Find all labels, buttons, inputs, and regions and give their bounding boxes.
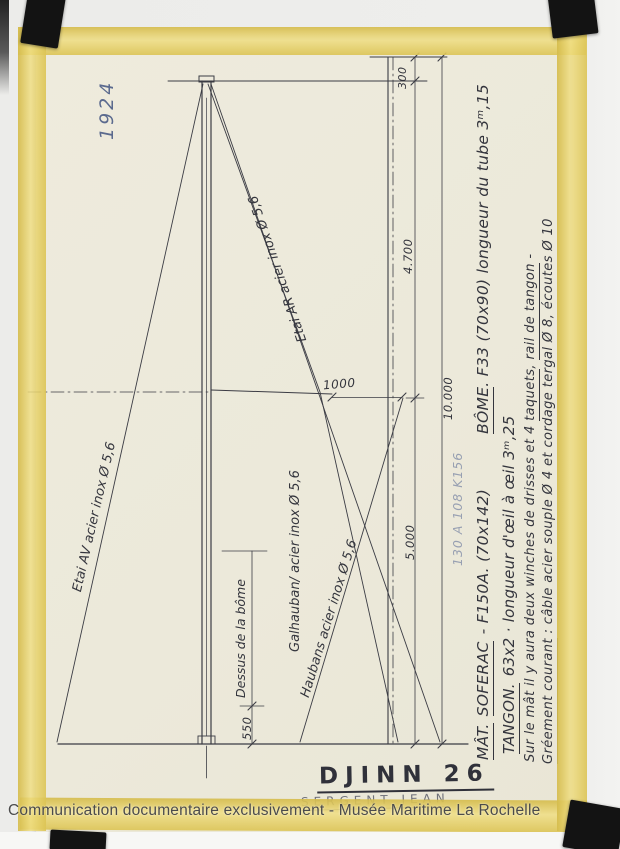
museum-watermark: Communication documentaire exclusivement… bbox=[8, 802, 540, 820]
note-taquets: taquets bbox=[523, 369, 540, 421]
spec-mat-value: - F150A. (70x142) bbox=[474, 489, 492, 634]
spec-line-mast-boom: MÂT.SOFERAC- F150A. (70x142)BÔME. F33 (7… bbox=[474, 84, 492, 760]
archival-scan-photo: 1924 Etai AV acier inox Ø 5,6 Etai AR ac… bbox=[0, 0, 620, 849]
yellow-tape-right bbox=[557, 30, 587, 831]
spec-mat-name: SOFERAC bbox=[474, 641, 494, 716]
black-tape-top-right bbox=[547, 0, 598, 39]
pencil-reference-note: 130 A 108 K156 bbox=[450, 452, 465, 566]
spec-tangon-label: TANGON. bbox=[500, 683, 520, 754]
note-greement-value: : câble acier souple Ø 4 et cordage terg… bbox=[541, 218, 556, 638]
spec-tangon-value: 63x2 · longueur d'œil à œil 3ᵐ,25 bbox=[500, 416, 518, 677]
spec-bome-value: . F33 (70x90) longueur du tube 3ᵐ,15 bbox=[474, 84, 492, 387]
black-tape-bottom-left bbox=[50, 830, 107, 849]
note-dash: - bbox=[523, 253, 538, 263]
spec-bome-label: BÔME bbox=[474, 387, 494, 434]
note-winches-text: Sur le mât il y aura deux winches de dri… bbox=[523, 421, 538, 762]
photo-edge-shadow bbox=[0, 0, 9, 95]
dim-total-height: 10.000 bbox=[441, 377, 455, 420]
note-rail-tangon: rail de tangon bbox=[523, 263, 540, 359]
dim-upper-panel: 4.700 bbox=[401, 239, 415, 274]
boat-title: DJINN 26 bbox=[317, 760, 494, 793]
spec-note-winches: Sur le mât il y aura deux winches de dri… bbox=[523, 253, 538, 762]
dim-lower-panel: 5.000 bbox=[403, 525, 417, 560]
yellow-tape-left bbox=[18, 27, 46, 831]
note-comma: , bbox=[523, 360, 538, 369]
label-galhauban: Galhauban/ acier inox Ø 5,6 bbox=[288, 470, 303, 652]
note-greement-label: Gréement courant bbox=[541, 638, 558, 764]
spec-line-tangon: TANGON.63x2 · longueur d'œil à œil 3ᵐ,25 bbox=[500, 416, 518, 754]
yellow-tape-top bbox=[18, 27, 586, 55]
dim-spreader-length: 1000 bbox=[322, 376, 356, 393]
dim-boom-height: 550 bbox=[240, 717, 254, 740]
spec-mat-label: MÂT. bbox=[474, 723, 494, 760]
black-tape-bottom-right bbox=[562, 800, 620, 849]
dim-masthead-offset: 300 bbox=[396, 67, 409, 90]
spec-note-greement: Gréement courant : câble acier souple Ø … bbox=[541, 218, 556, 764]
label-dessus-bome: Dessus de la bôme bbox=[233, 579, 248, 698]
year-pencil-note: 1924 bbox=[96, 80, 118, 140]
